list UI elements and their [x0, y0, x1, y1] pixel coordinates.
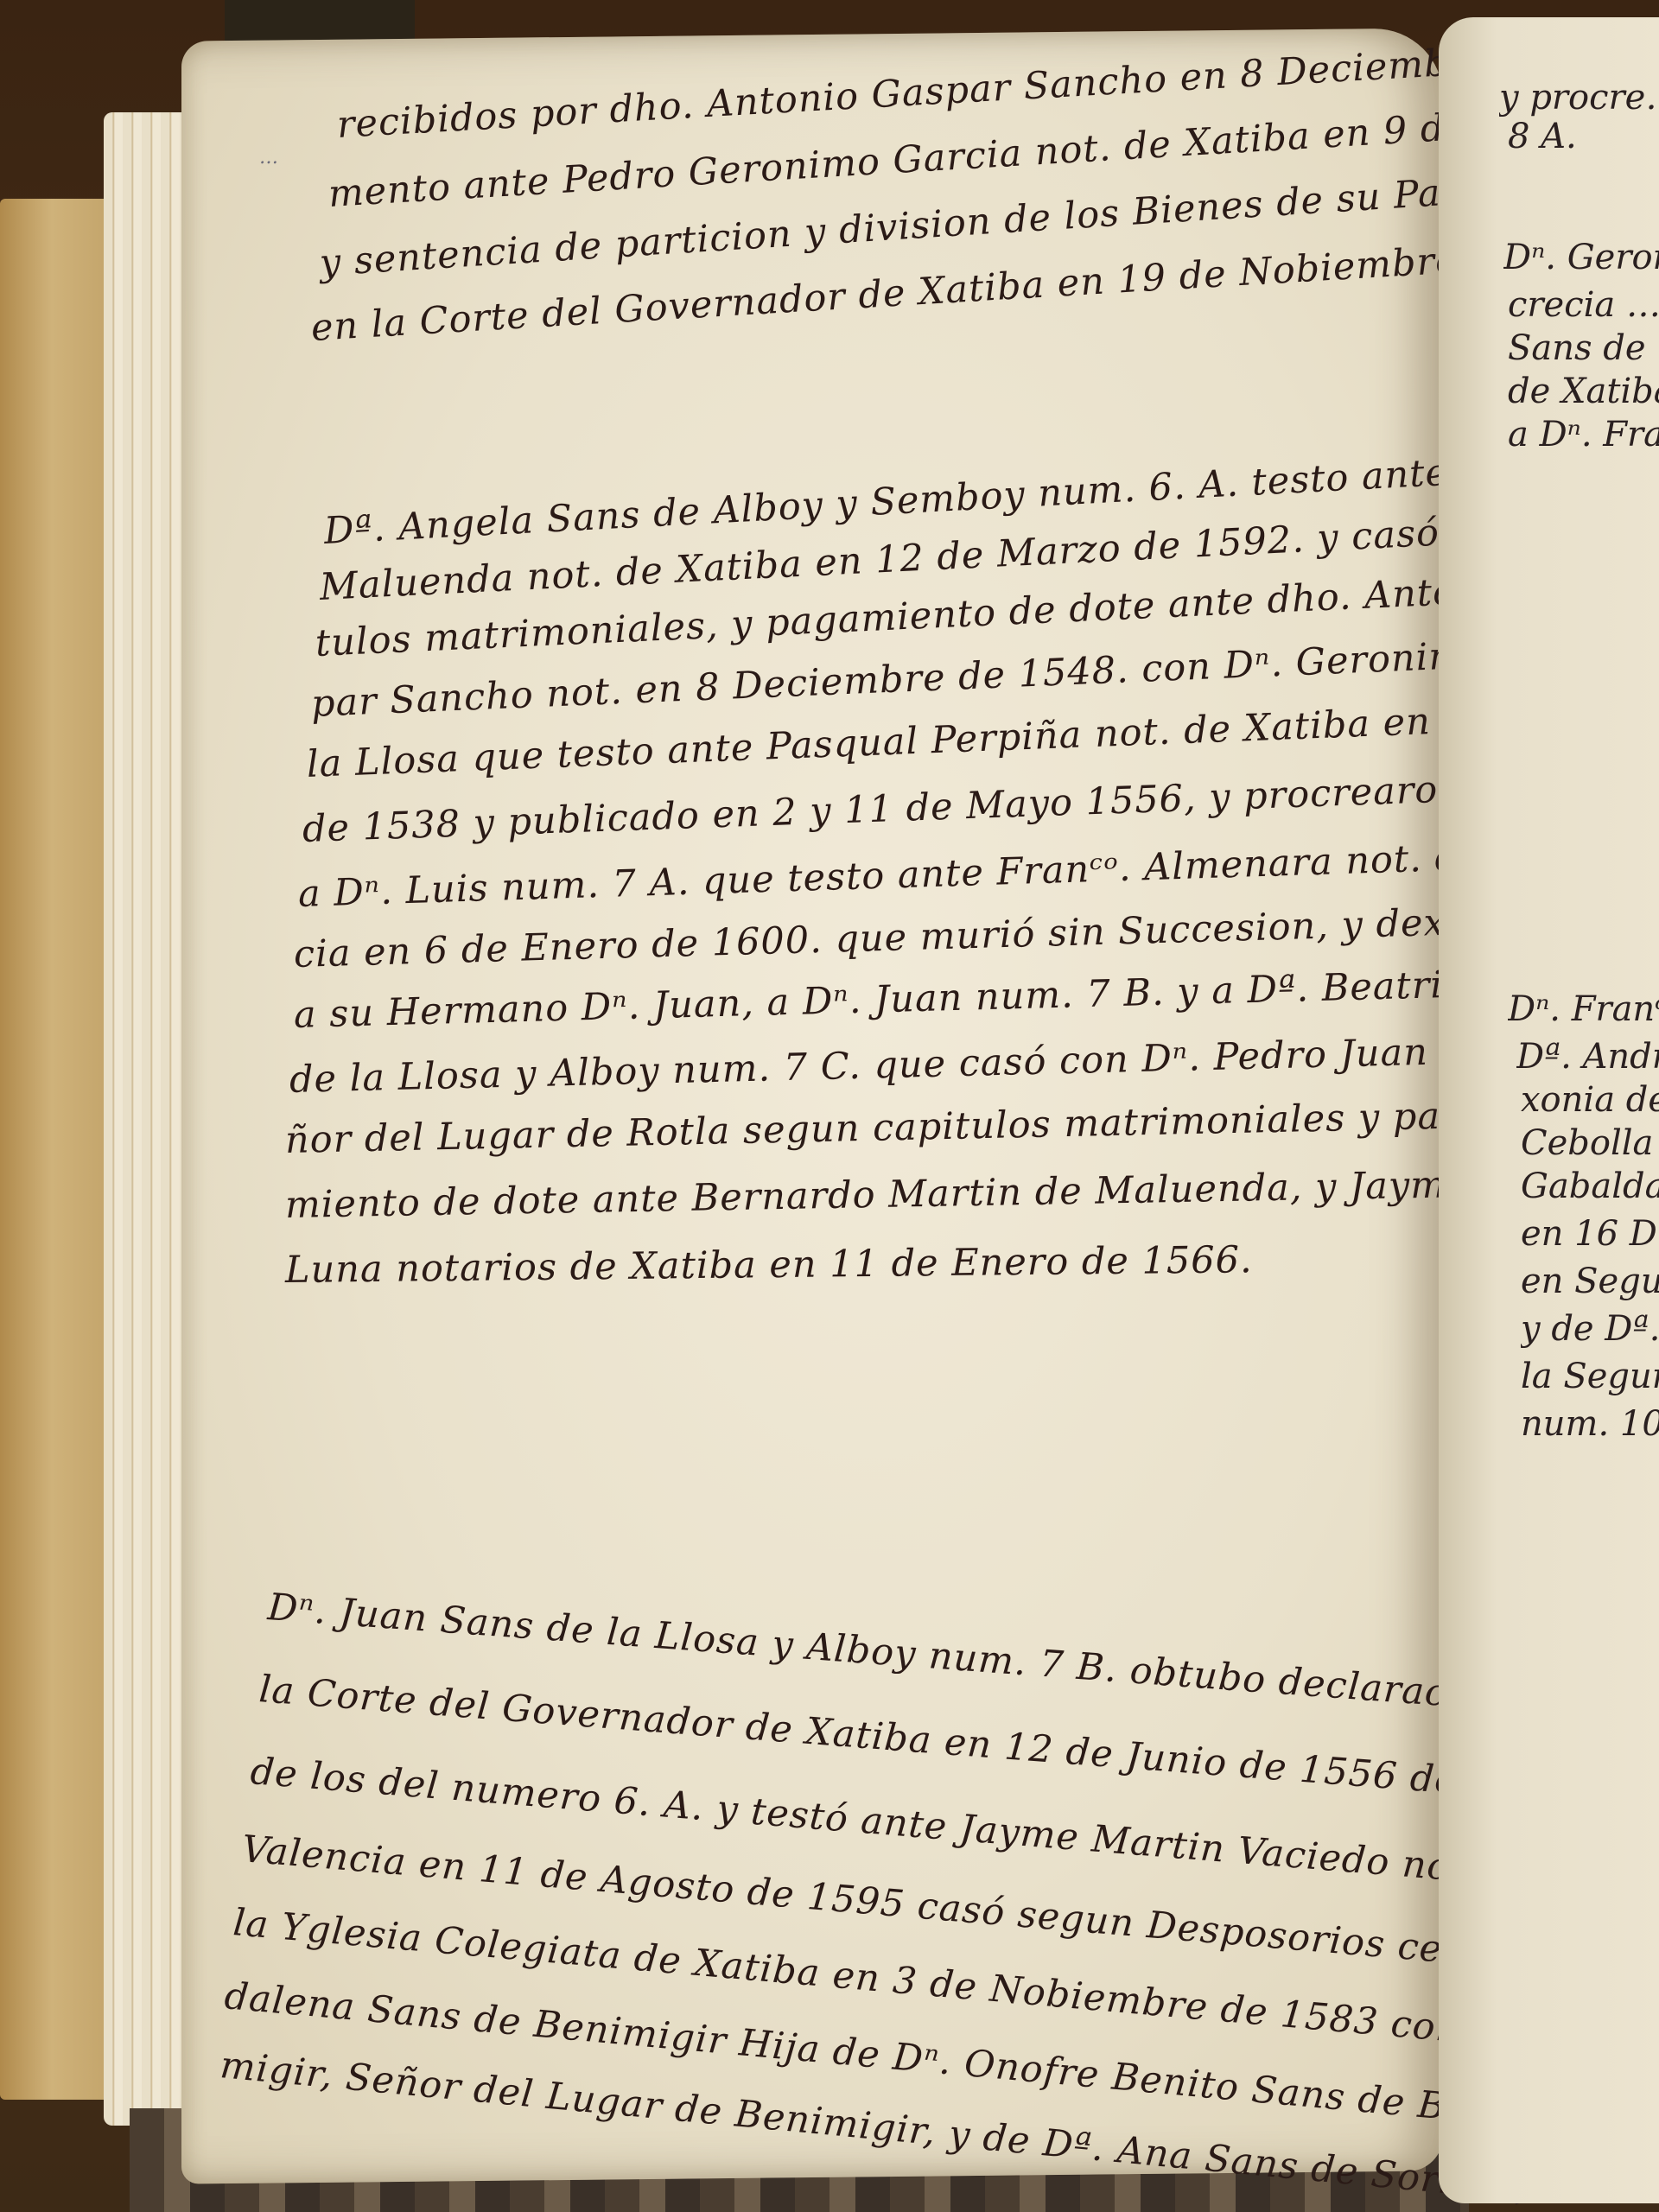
- text-fragment: la Segun…: [1521, 1357, 1659, 1396]
- page-number-mark: …: [259, 147, 278, 168]
- text-fragment: en Segun…: [1521, 1262, 1659, 1301]
- text-fragment: Sans de …: [1508, 328, 1659, 368]
- text-fragment: Dª. Andr…: [1516, 1037, 1659, 1077]
- text-fragment: Cebolla …: [1521, 1123, 1659, 1163]
- text-fragment: a Dⁿ. Fran…: [1508, 415, 1659, 454]
- text-fragment: y de Dª…: [1521, 1309, 1659, 1349]
- text-fragment: crecia …: [1508, 285, 1659, 325]
- text-fragment: de Xatiba…: [1508, 372, 1659, 411]
- text-fragment: Gabalda …: [1521, 1166, 1659, 1206]
- text-fragment: Dⁿ. Franᶜᵒ. …: [1508, 989, 1659, 1029]
- text-fragment: 8 A.: [1508, 117, 1577, 156]
- text-fragment: xonia de…: [1521, 1080, 1659, 1120]
- text-fragment: Dⁿ. Geron…: [1503, 238, 1659, 277]
- text-fragment: en 16 D…: [1521, 1214, 1659, 1254]
- right-page-text: y procre… 8 A. Dⁿ. Geron… crecia … Sans …: [1439, 17, 1659, 2203]
- text-fragment: num. 10…: [1521, 1404, 1659, 1444]
- text-fragment: y procre…: [1499, 78, 1659, 118]
